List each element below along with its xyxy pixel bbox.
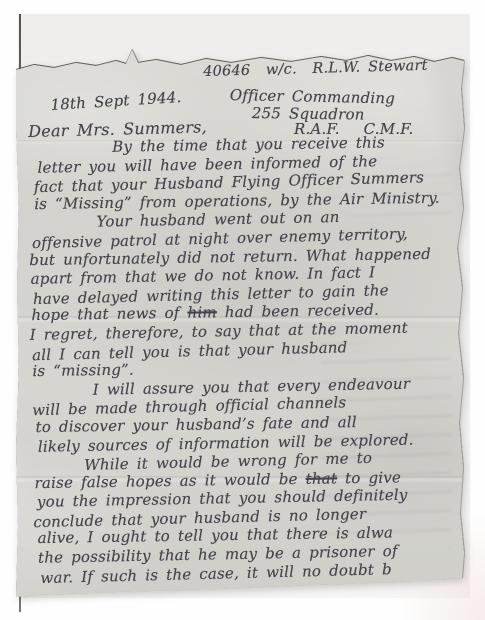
sender-reference: 40646 w/c. R.L.W. Stewart: [203, 58, 428, 80]
letter-body: By the time that you receive this letter…: [24, 132, 468, 587]
letter-date: 18th Sept 1944.: [50, 88, 182, 114]
line-text: to give: [337, 468, 401, 487]
scanned-letter-page: 40646 w/c. R.L.W. Stewart Officer Comman…: [0, 0, 485, 620]
letter-paper: 40646 w/c. R.L.W. Stewart Officer Comman…: [16, 48, 464, 600]
struck-word: him: [187, 304, 217, 322]
struck-word: that: [305, 469, 337, 487]
line-text: had been received.: [217, 301, 379, 322]
line-text: is “missing”.: [32, 361, 134, 381]
line-text: hope that news of: [31, 304, 187, 324]
torn-paper-sheet: 40646 w/c. R.L.W. Stewart Officer Comman…: [16, 48, 464, 600]
